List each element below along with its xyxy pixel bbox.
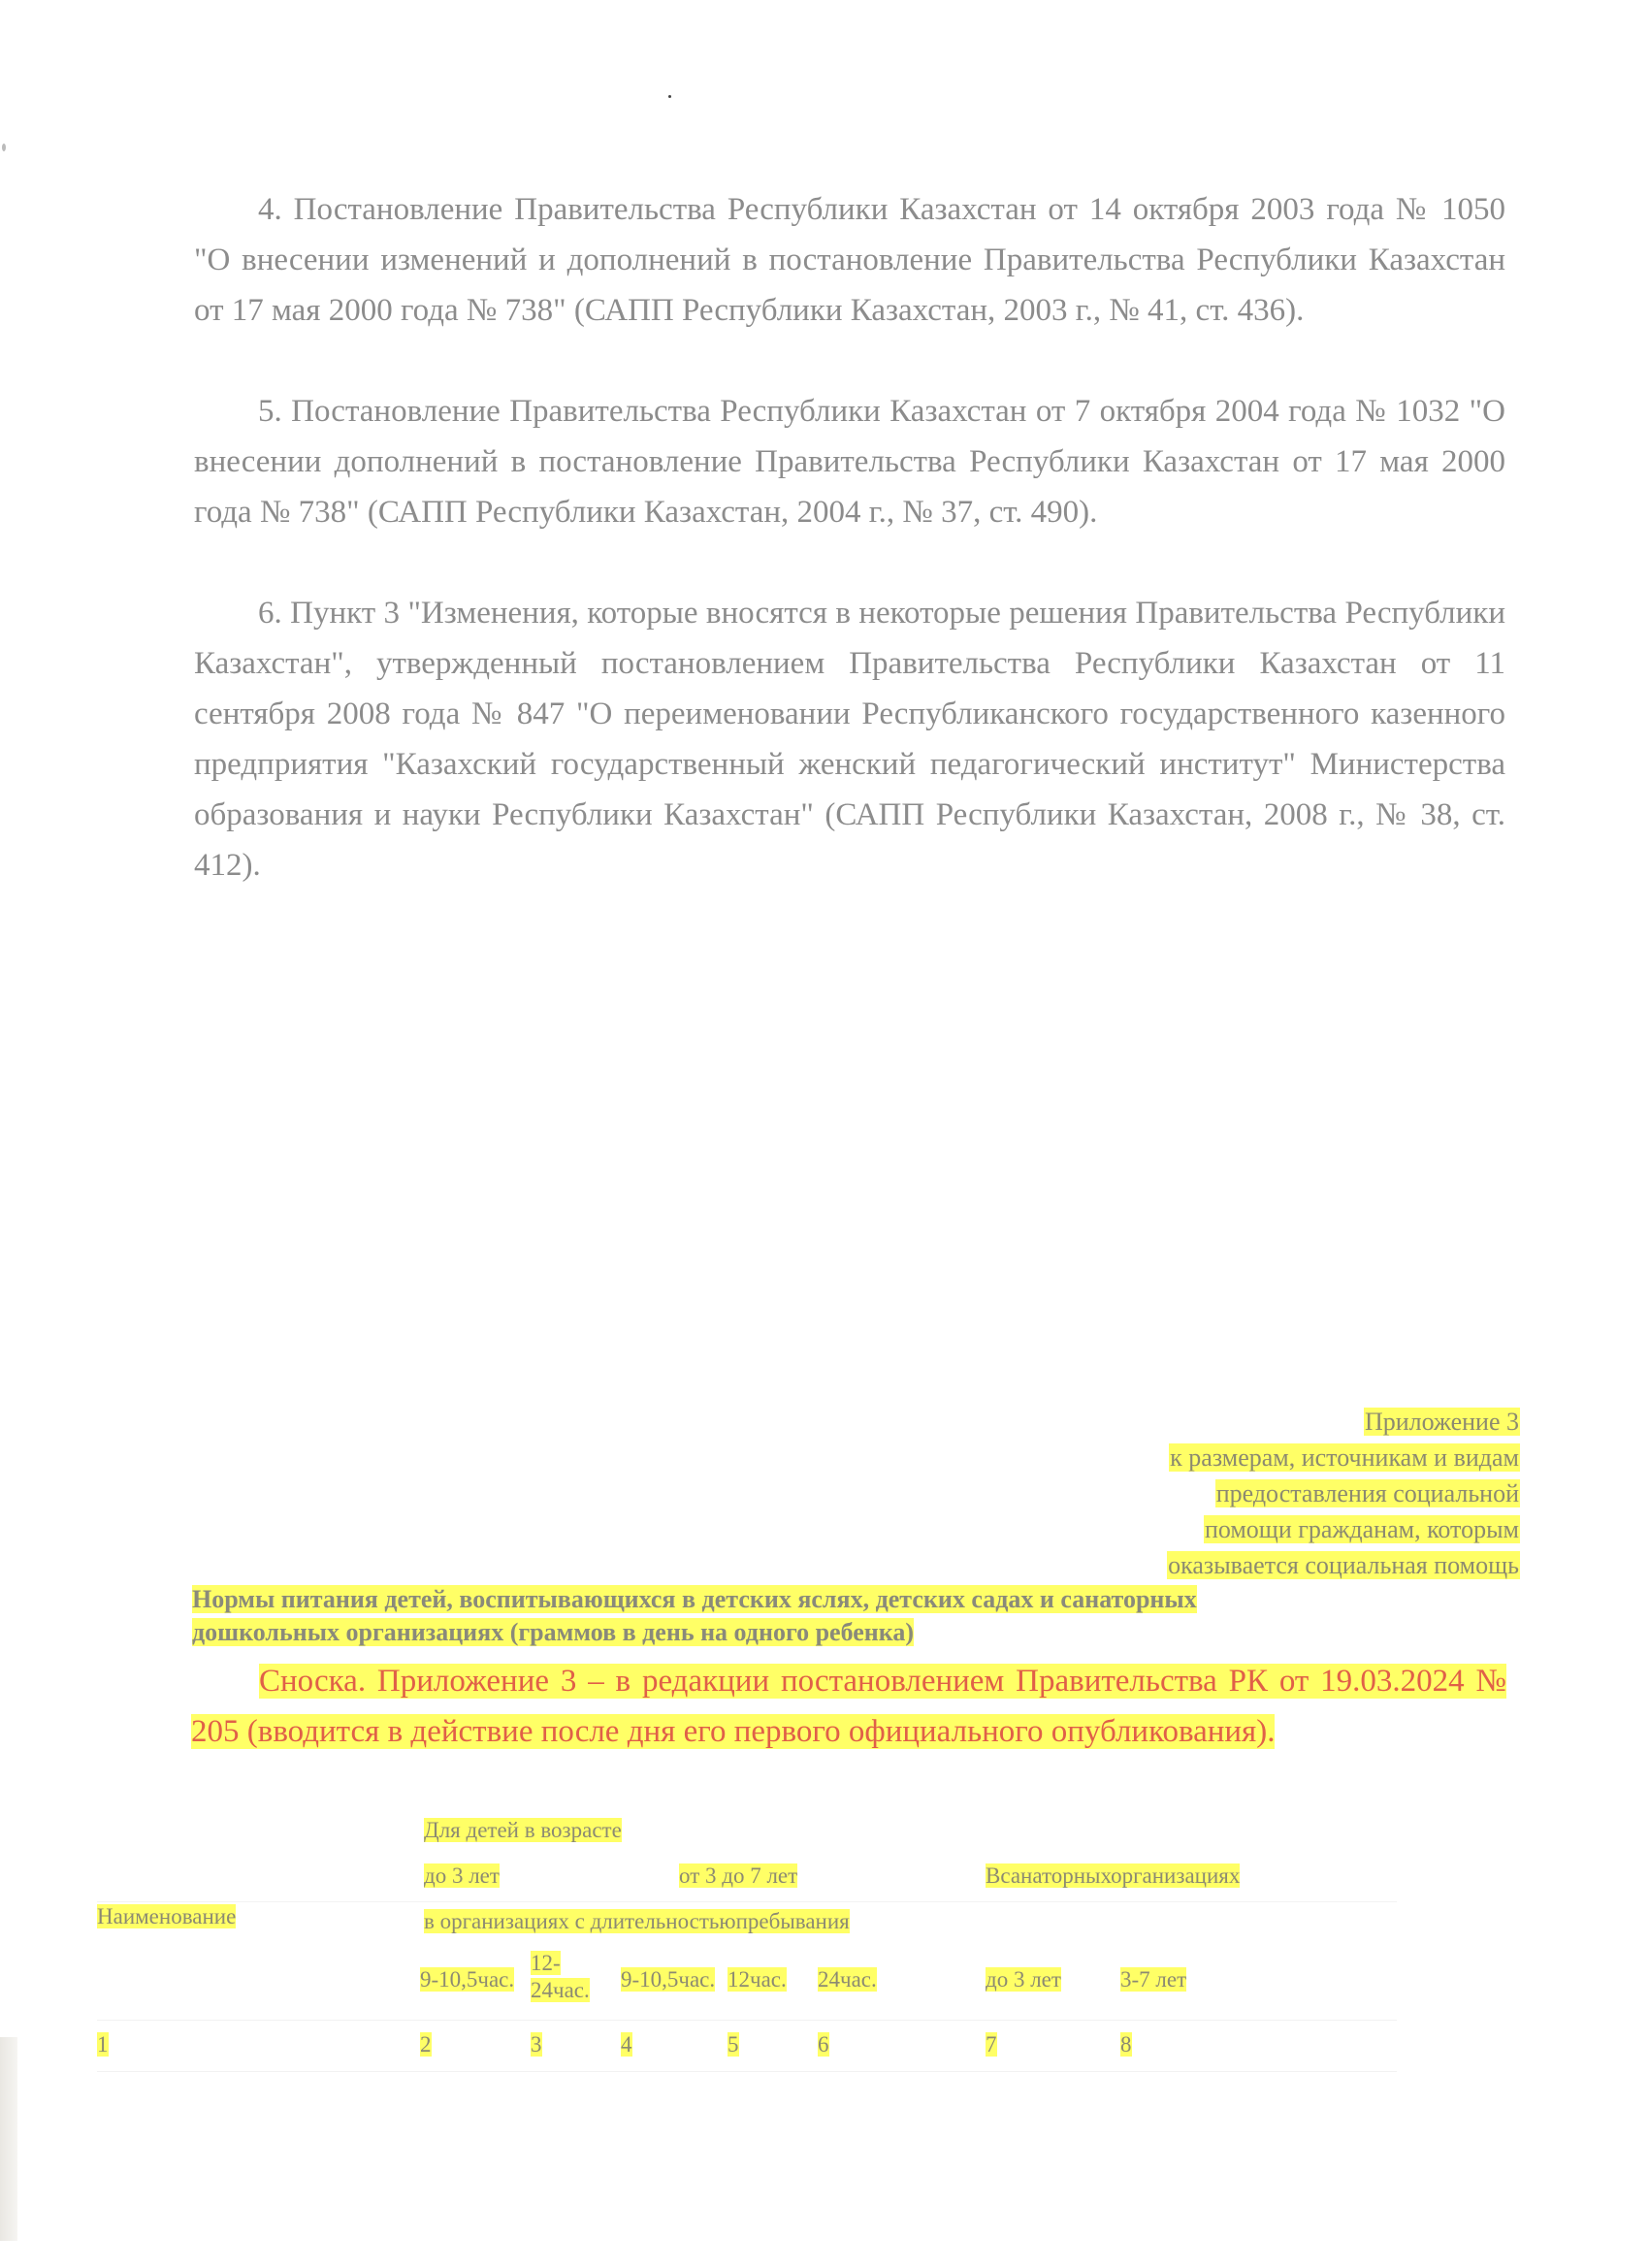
table-rule — [97, 2071, 1397, 2072]
subheader-col-4: 9-10,5час. — [621, 1966, 715, 1993]
appendix-line: Приложение 3 — [1364, 1408, 1520, 1436]
nutrition-table: Наименование Для детей в возрасте до 3 л… — [0, 0, 1649, 2268]
header-3-to-7: от 3 до 7 лет — [679, 1863, 797, 1890]
col-number-6: 6 — [818, 2031, 829, 2058]
col-number-8: 8 — [1120, 2031, 1132, 2058]
header-age-group: Для детей в возрасте — [424, 1817, 622, 1844]
subheader-col-6: 24час. — [818, 1966, 877, 1993]
subheader-col-7: до 3 лет — [986, 1966, 1061, 1993]
col-number-1: 1 — [97, 2031, 109, 2058]
document-title: Нормы питания детей, воспитывающихся в д… — [192, 1583, 1453, 1649]
paragraph-item-4: 4. Постановление Правительства Республик… — [194, 184, 1505, 336]
subheader-col-3: 12-24час. — [531, 1950, 589, 2004]
scan-edge — [0, 2037, 17, 2241]
scan-speck — [2, 144, 6, 151]
appendix-line: к размерам, источникам и видам — [1169, 1443, 1520, 1472]
appendix-line: оказывается социальная помощь — [1167, 1551, 1520, 1579]
table-rule — [97, 2020, 1397, 2021]
header-sanatorium: Всанаторныхорганизациях — [986, 1863, 1240, 1890]
appendix-line: помощи гражданам, которым — [1204, 1515, 1520, 1543]
subheader-col-2: 9-10,5час. — [420, 1966, 514, 1993]
paragraph-item-5: 5. Постановление Правительства Республик… — [194, 386, 1505, 537]
title-line-2: дошкольных организациях (граммов в день … — [192, 1618, 914, 1646]
header-name: Наименование — [97, 1903, 236, 1930]
header-under-3: до 3 лет — [424, 1863, 500, 1890]
col-number-3: 3 — [531, 2031, 542, 2058]
col-number-4: 4 — [621, 2031, 632, 2058]
col-number-5: 5 — [727, 2031, 739, 2058]
header-duration: в организациях с длительностьюпребывания — [424, 1908, 850, 1935]
title-line-1: Нормы питания детей, воспитывающихся в д… — [192, 1585, 1197, 1613]
col-number-2: 2 — [420, 2031, 432, 2058]
subheader-col-5: 12час. — [727, 1966, 787, 1993]
table-rule — [97, 1901, 1397, 1902]
appendix-line: предоставления социальной — [1215, 1479, 1520, 1507]
footnote: Сноска. Приложение 3 – в редакции постан… — [191, 1656, 1506, 1757]
subheader-col-8: 3-7 лет — [1120, 1966, 1186, 1993]
scan-speck — [668, 95, 671, 98]
appendix-caption: Приложение 3 к размерам, источникам и ви… — [1035, 1404, 1520, 1583]
footnote-text: Сноска. Приложение 3 – в редакции постан… — [191, 1664, 1506, 1749]
col-number-7: 7 — [986, 2031, 997, 2058]
paragraph-item-6: 6. Пункт 3 "Изменения, которые вносятся … — [194, 588, 1505, 891]
